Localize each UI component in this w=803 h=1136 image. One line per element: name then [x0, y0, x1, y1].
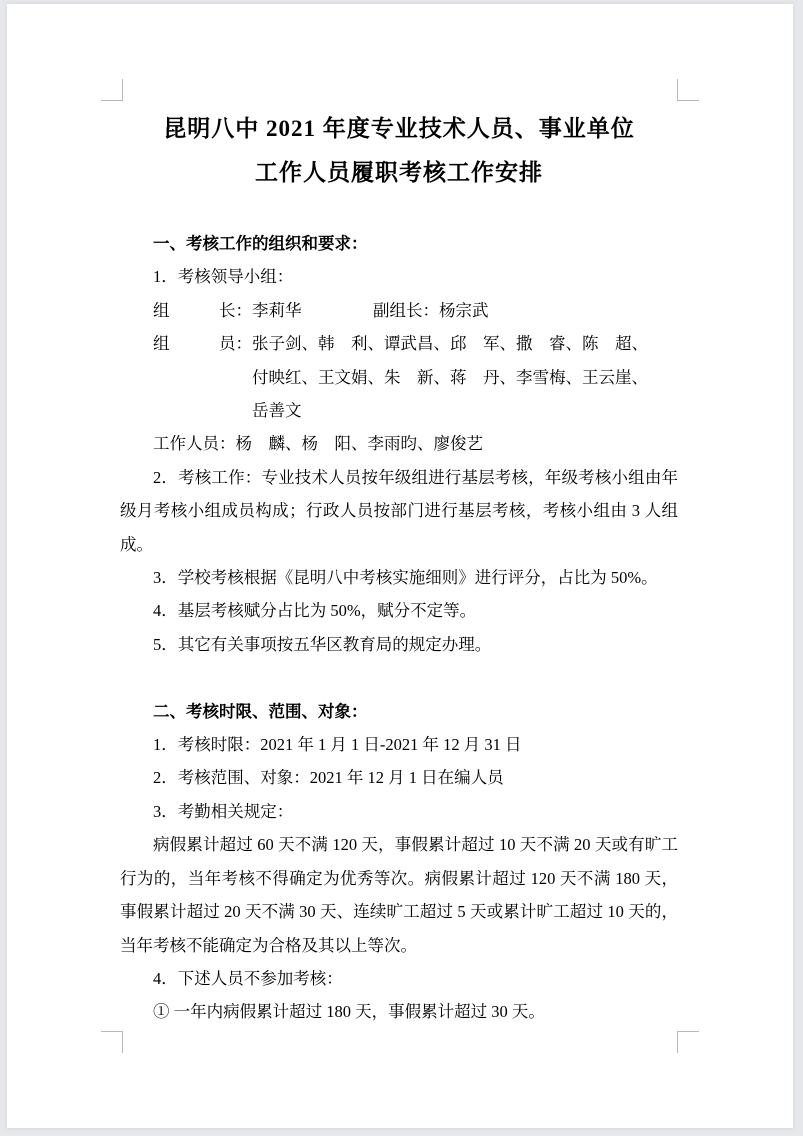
section-1-heading: 一、考核工作的组织和要求： [120, 227, 678, 260]
document-title: 昆明八中 2021 年度专业技术人员、事业单位 工作人员履职考核工作安排 [120, 101, 678, 195]
group-leader-name: 李莉华 [252, 301, 302, 320]
staff-line: 工作人员：杨 麟、杨 阳、李雨昀、廖俊艺 [120, 427, 678, 460]
text-boundary-mark-bottom-left [101, 1031, 123, 1053]
school-assessment-item: 3．学校考核根据《昆明八中考核实施细则》进行评分，占比为 50%。 [120, 561, 678, 594]
text-area: 昆明八中 2021 年度专业技术人员、事业单位 工作人员履职考核工作安排 一、考… [120, 101, 678, 1029]
section-2-heading: 二、考核时限、范围、对象： [120, 695, 678, 728]
doc-title-line-2: 工作人员履职考核工作安排 [120, 151, 678, 195]
other-matters-item: 5．其它有关事项按五华区教育局的规定办理。 [120, 628, 678, 661]
group-members-names-3: 岳善文 [120, 394, 678, 427]
group-members-names-1: 张子剑、韩 利、谭武昌、邱 军、撒 睿、陈 超、 [252, 334, 648, 353]
group-members-label: 组 员： [153, 334, 252, 353]
text-boundary-mark-top-left [101, 79, 123, 101]
blank-line [120, 661, 678, 694]
excluded-rule-1: ① 一年内病假累计超过 180 天，事假累计超过 30 天。 [120, 995, 678, 1028]
text-boundary-mark-bottom-right [677, 1031, 699, 1053]
attendance-rules-item: 3．考勤相关规定： [120, 795, 678, 828]
group-leader-line: 组 长：李莉华 副组长：杨宗武 [120, 294, 678, 327]
leadership-group-item: 1．考核领导小组： [120, 260, 678, 293]
doc-title-line-1: 昆明八中 2021 年度专业技术人员、事业单位 [120, 107, 678, 151]
assessment-period-item: 1．考核时限：2021 年 1 月 1 日-2021 年 12 月 31 日 [120, 728, 678, 761]
group-members-line: 组 员：张子剑、韩 利、谭武昌、邱 军、撒 睿、陈 超、 [120, 327, 678, 360]
document-body: 一、考核工作的组织和要求： 1．考核领导小组： 组 长：李莉华 副组长：杨宗武 … [120, 227, 678, 1029]
assessment-work-paragraph: 2．考核工作：专业技术人员按年级组进行基层考核，年级考核小组由年级月考核小组成员… [120, 461, 678, 561]
document-page: 昆明八中 2021 年度专业技术人员、事业单位 工作人员履职考核工作安排 一、考… [7, 4, 793, 1128]
group-leader-label: 组 长： [153, 301, 252, 320]
base-assessment-item: 4．基层考核赋分占比为 50%，赋分不定等。 [120, 594, 678, 627]
group-members-names-2: 付映红、王文娟、朱 新、蒋 丹、李雪梅、王云崖、 [120, 361, 678, 394]
assessment-scope-item: 2．考核范围、对象：2021 年 12 月 1 日在编人员 [120, 761, 678, 794]
excluded-personnel-item: 4．下述人员不参加考核： [120, 962, 678, 995]
deputy-leader: 副组长：杨宗武 [373, 294, 489, 327]
text-boundary-mark-top-right [677, 79, 699, 101]
attendance-rules-paragraph: 病假累计超过 60 天不满 120 天，事假累计超过 10 天不满 20 天或有… [120, 828, 678, 962]
